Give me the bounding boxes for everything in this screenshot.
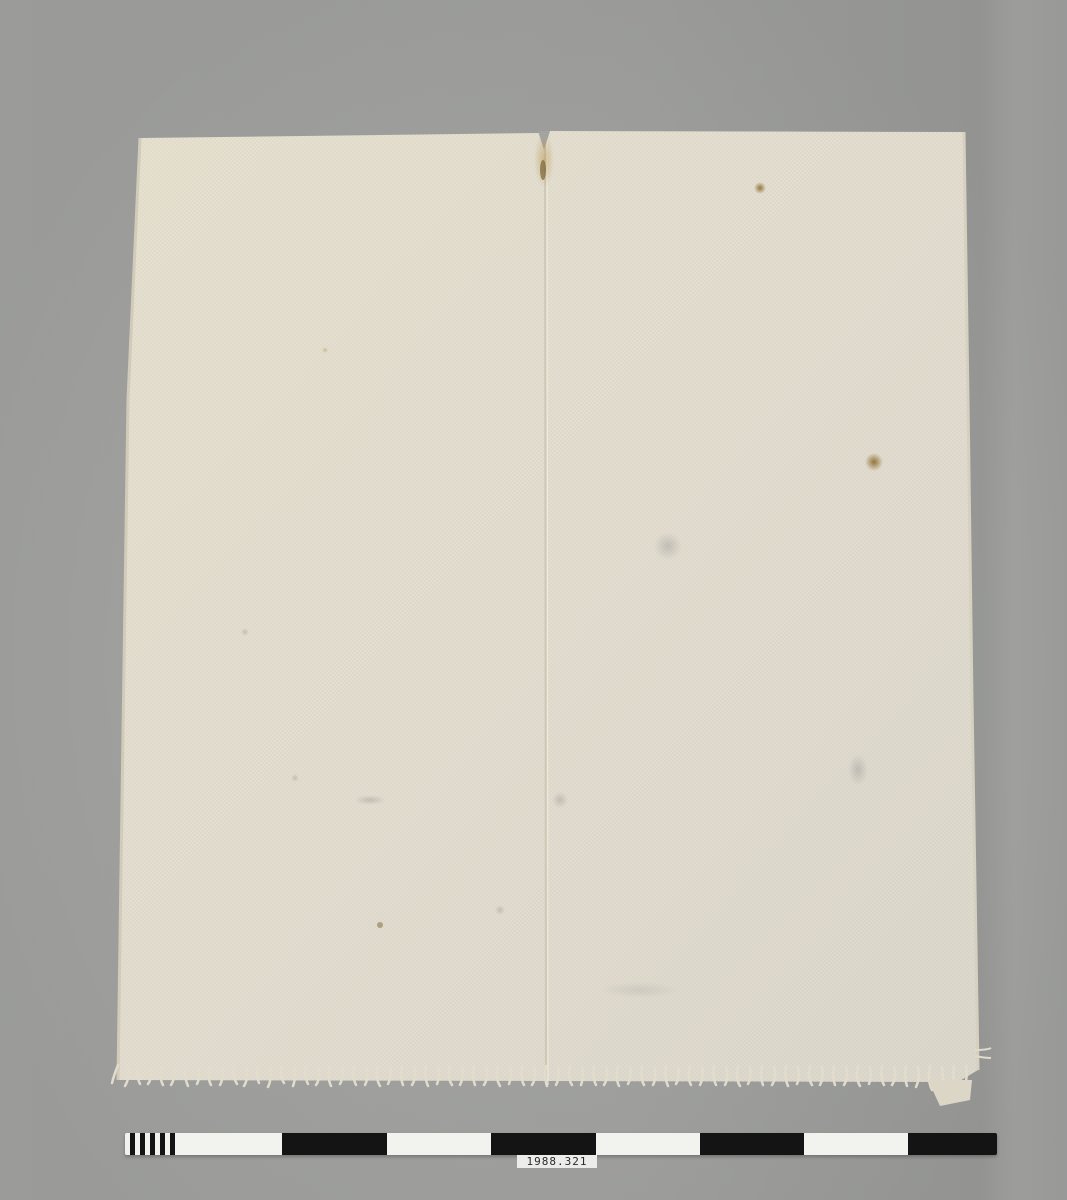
scale-segment: [908, 1133, 997, 1155]
scale-segment: [491, 1133, 596, 1155]
center-seam: [545, 134, 546, 1085]
scale-segment: [179, 1133, 282, 1155]
accession-number-label: 1988.321: [517, 1155, 597, 1168]
scale-segment: [282, 1133, 387, 1155]
scale-bar: [125, 1133, 997, 1155]
scale-segment: [596, 1133, 700, 1155]
scale-fine-ticks: [125, 1133, 179, 1155]
scale-segment: [700, 1133, 804, 1155]
scale-segment: [804, 1133, 908, 1155]
scale-segment: [387, 1133, 491, 1155]
textile-photo: [0, 0, 1067, 1200]
